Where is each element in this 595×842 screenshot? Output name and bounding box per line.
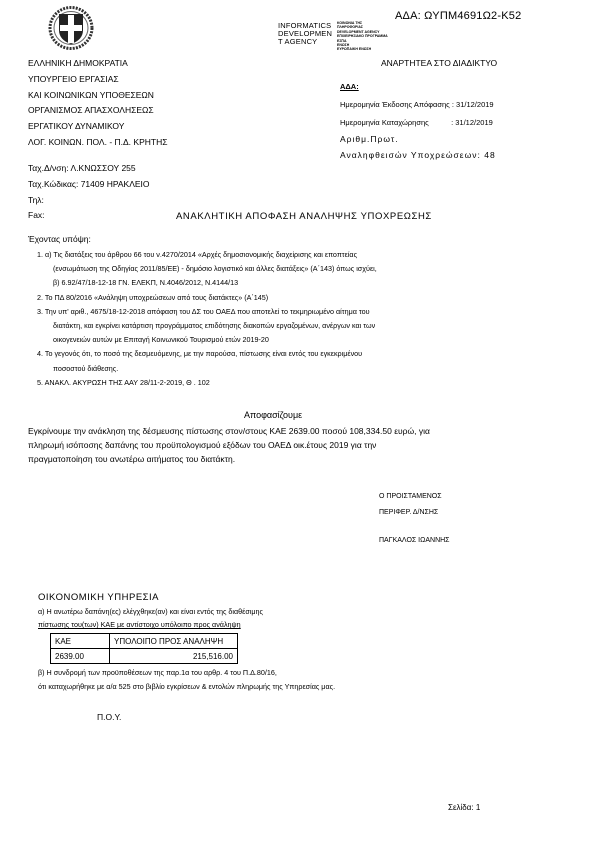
commitments-label: Αναληφθεισών Υποχρεώσεων: [340, 150, 481, 160]
considering-heading: Έχοντας υπόψη: [28, 234, 91, 244]
logo-small-print: ΚΟΙΝΩΝΙΑ ΤΗΣ ΠΛΗΡΟΦΟΡΙΑΣ DEVELOPMENT AGE… [337, 21, 388, 52]
protocol-label: Αριθμ.Πρωτ. [340, 131, 496, 147]
authority-line: ΛΟΓ. ΚΟΙΝΩΝ. ΠΟΛ. - Π.Δ. ΚΡΗΤΗΣ [28, 135, 167, 151]
issue-date-value: : 31/12/2019 [452, 100, 494, 109]
considering-item: 2. Το ΠΔ 80/2016 «Ανάληψη υποχρεώσεων απ… [37, 291, 377, 305]
authority-line: ΥΠΟΥΡΓΕΙΟ ΕΡΓΑΣΙΑΣ [28, 72, 167, 88]
decision-heading: Αποφασίζουμε [244, 410, 302, 420]
financial-signoff: Π.Ο.Υ. [97, 712, 121, 722]
entry-date-value: : 31/12/2019 [451, 118, 493, 127]
financial-check-b: β) Η συνδρομή των προϋποθέσεων της παρ.1… [38, 666, 335, 694]
column-header-kae: ΚΑΕ [51, 634, 110, 649]
contact-block: Ταχ.Δ/νση: Λ.ΚΝΩΣΣΟΥ 255 Ταχ.Κώδικας: 71… [28, 161, 150, 224]
authority-line: ΟΡΓΑΝΙΣΜΟΣ ΑΠΑΣΧΟΛΗΣΕΩΣ [28, 103, 167, 119]
address: Ταχ.Δ/νση: Λ.ΚΝΩΣΣΟΥ 255 [28, 161, 150, 177]
phone: Τηλ: [28, 193, 150, 209]
postal-code: Ταχ.Κώδικας: 71409 ΗΡΑΚΛΕΙΟ [28, 177, 150, 193]
informatics-agency-logo: INFORMATICS DEVELOPMEN T AGENCY [278, 22, 332, 46]
authority-line: ΕΛΛΗΝΙΚΗ ΔΗΜΟΚΡΑΤΙΑ [28, 56, 167, 72]
posting-notice: ΑΝΑΡΤΗΤΕΑ ΣΤΟ ΔΙΑΔΙΚΤΥΟ [381, 58, 497, 68]
ada-code: ΑΔΑ: ΩΥΠΜ4691Ω2-Κ52 [395, 10, 521, 22]
greek-coat-of-arms-icon [48, 6, 94, 50]
authority-header: ΕΛΛΗΝΙΚΗ ΔΗΜΟΚΡΑΤΙΑ ΥΠΟΥΡΓΕΙΟ ΕΡΓΑΣΙΑΣ Κ… [28, 56, 167, 151]
issue-date-label: Ημερομηνία Έκδοσης Απόφασης [340, 100, 450, 109]
decision-metadata: ΑΔΑ: Ημερομηνία Έκδοσης Απόφασης : 31/12… [340, 79, 496, 163]
table-header-row: ΚΑΕ ΥΠΟΛΟΙΠΟ ΠΡΟΣ ΑΝΑΛΗΨΗ [51, 634, 238, 649]
authority-line: ΚΑΙ ΚΟΙΝΩΝΙΚΩΝ ΥΠΟΘΕΣΕΩΝ [28, 88, 167, 104]
column-header-balance: ΥΠΟΛΟΙΠΟ ΠΡΟΣ ΑΝΑΛΗΨΗ [110, 634, 238, 649]
considering-item: 1. α) Τις διατάξεις του άρθρου 66 του ν.… [37, 248, 377, 291]
signatory-department: ΠΕΡΙΦΕΡ. Δ/ΝΣΗΣ [379, 505, 450, 521]
signatory-role: Ο ΠΡΟΙΣΤΑΜΕΝΟΣ [379, 489, 450, 505]
signature-block: Ο ΠΡΟΙΣΤΑΜΕΝΟΣ ΠΕΡΙΦΕΡ. Δ/ΝΣΗΣ ΠΑΓΚΑΛΟΣ … [379, 489, 450, 549]
decision-text: Εγκρίνουμε την ανάκληση της δέσμευσης πί… [28, 424, 430, 466]
commitments-value: 48 [484, 150, 495, 160]
ada-label: ΑΔΑ: [340, 82, 359, 91]
fax: Fax: [28, 208, 150, 224]
page-number: Σελίδα: 1 [448, 803, 480, 812]
authority-line: ΕΡΓΑΤΙΚΟΥ ΔΥΝΑΜΙΚΟΥ [28, 119, 167, 135]
considering-item: 5. ΑΝΑΚΛ. ΑΚΥΡΩΣΗ ΤΗΣ ΑΑΥ 28/11-2-2019, … [37, 376, 377, 390]
entry-date-label: Ημερομηνία Καταχώρησης [340, 115, 449, 131]
balance-amount: 215,516.00 [110, 649, 238, 664]
considering-list: 1. α) Τις διατάξεις του άρθρου 66 του ν.… [37, 248, 377, 390]
kae-code: 2639.00 [51, 649, 110, 664]
table-row: 2639.00 215,516.00 [51, 649, 238, 664]
considering-item: 3. Την υπ' αριθ., 4675/18-12-2018 απόφασ… [37, 305, 377, 348]
document-title: ΑΝΑΚΛΗΤΙΚΗ ΑΠΟΦΑΣΗ ΑΝΑΛΗΨΗΣ ΥΠΟΧΡΕΩΣΗΣ [176, 211, 432, 222]
financial-check-a: α) Η ανωτέρω δαπάνη(ες) ελέγχθηκε(αν) κα… [38, 605, 263, 631]
financial-service-heading: ΟΙΚΟΝΟΜΙΚΗ ΥΠΗΡΕΣΙΑ [38, 592, 159, 603]
signatory-name: ΠΑΓΚΑΛΟΣ ΙΩΑΝΝΗΣ [379, 533, 450, 549]
considering-item: 4. Το γεγονός ότι, το ποσό της δεσμευόμε… [37, 347, 377, 375]
kae-balance-table: ΚΑΕ ΥΠΟΛΟΙΠΟ ΠΡΟΣ ΑΝΑΛΗΨΗ 2639.00 215,51… [50, 633, 238, 664]
